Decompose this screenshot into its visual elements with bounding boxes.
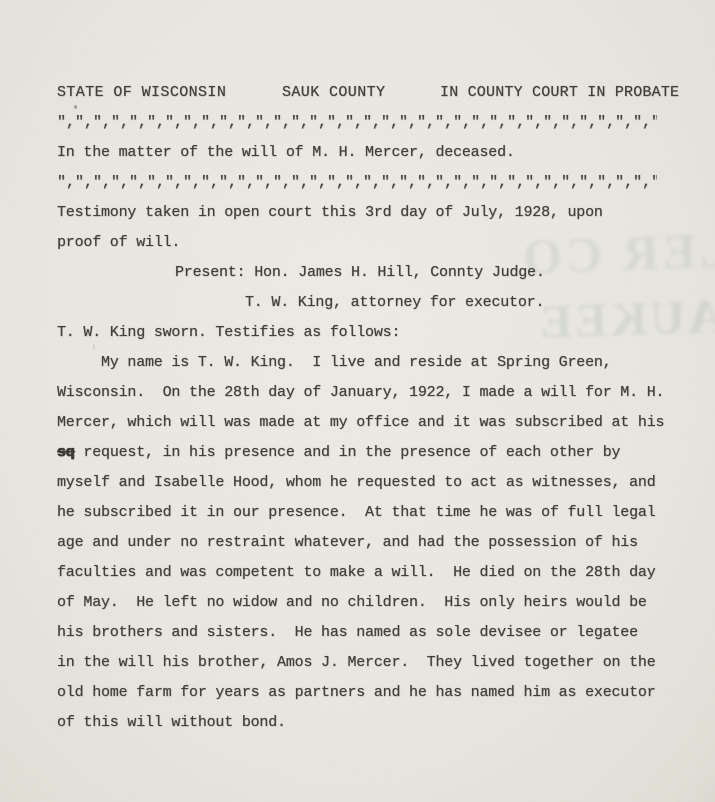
testimony-line: Wisconsin. On the 28th day of January, 1… [57,378,682,408]
testimony-line: faculties and was competent to make a wi… [57,558,682,588]
testimony-line: in the will his brother, Amos J. Mercer.… [57,648,682,678]
testimony-line: he subscribed it in our presence. At tha… [57,498,682,528]
overstruck-correction: sq [57,444,75,461]
testimony-line: My name is T. W. King. I live and reside… [57,348,682,378]
testimony-line: old home farm for years as partners and … [57,678,682,708]
testimony-line: of this will without bond. [57,708,682,738]
case-title: In the matter of the will of M. H. Merce… [57,138,682,168]
testimony-line: his brothers and sisters. He has named a… [57,618,682,648]
typewritten-document: STATE OF WISCONSIN SAUK COUNTY IN COUNTY… [57,78,682,738]
testimony-line: T. W. King, attorney for executor. [57,288,682,318]
testimony-line: Mercer, which will was made at my office… [57,408,682,438]
testimony-line: age and under no restraint whatever, and… [57,528,682,558]
testimony-line: myself and Isabelle Hood, whom he reques… [57,468,682,498]
testimony-line: sq request, in his presence and in the p… [57,438,682,468]
header-line: STATE OF WISCONSIN SAUK COUNTY IN COUNTY… [57,78,682,108]
testimony-line: Testimony taken in open court this 3rd d… [57,198,682,228]
testimony-line: proof of will. [57,228,682,258]
header-state: STATE OF WISCONSIN [57,78,226,108]
testimony-line: T. W. King sworn. Testifies as follows: [57,318,682,348]
divider-row: ",",",",",",",",",",",",",",",",",",",",… [57,168,657,198]
testimony-line: of May. He left no widow and no children… [57,588,682,618]
divider-row: ",",",",",",",",",",",",",",",",",",",",… [57,108,657,138]
testimony-line: Present: Hon. James H. Hill, Connty Judg… [57,258,682,288]
header-county: SAUK COUNTY [282,78,385,108]
testimony-body: Testimony taken in open court this 3rd d… [57,198,682,738]
header-court: IN COUNTY COURT IN PROBATE [440,78,679,108]
